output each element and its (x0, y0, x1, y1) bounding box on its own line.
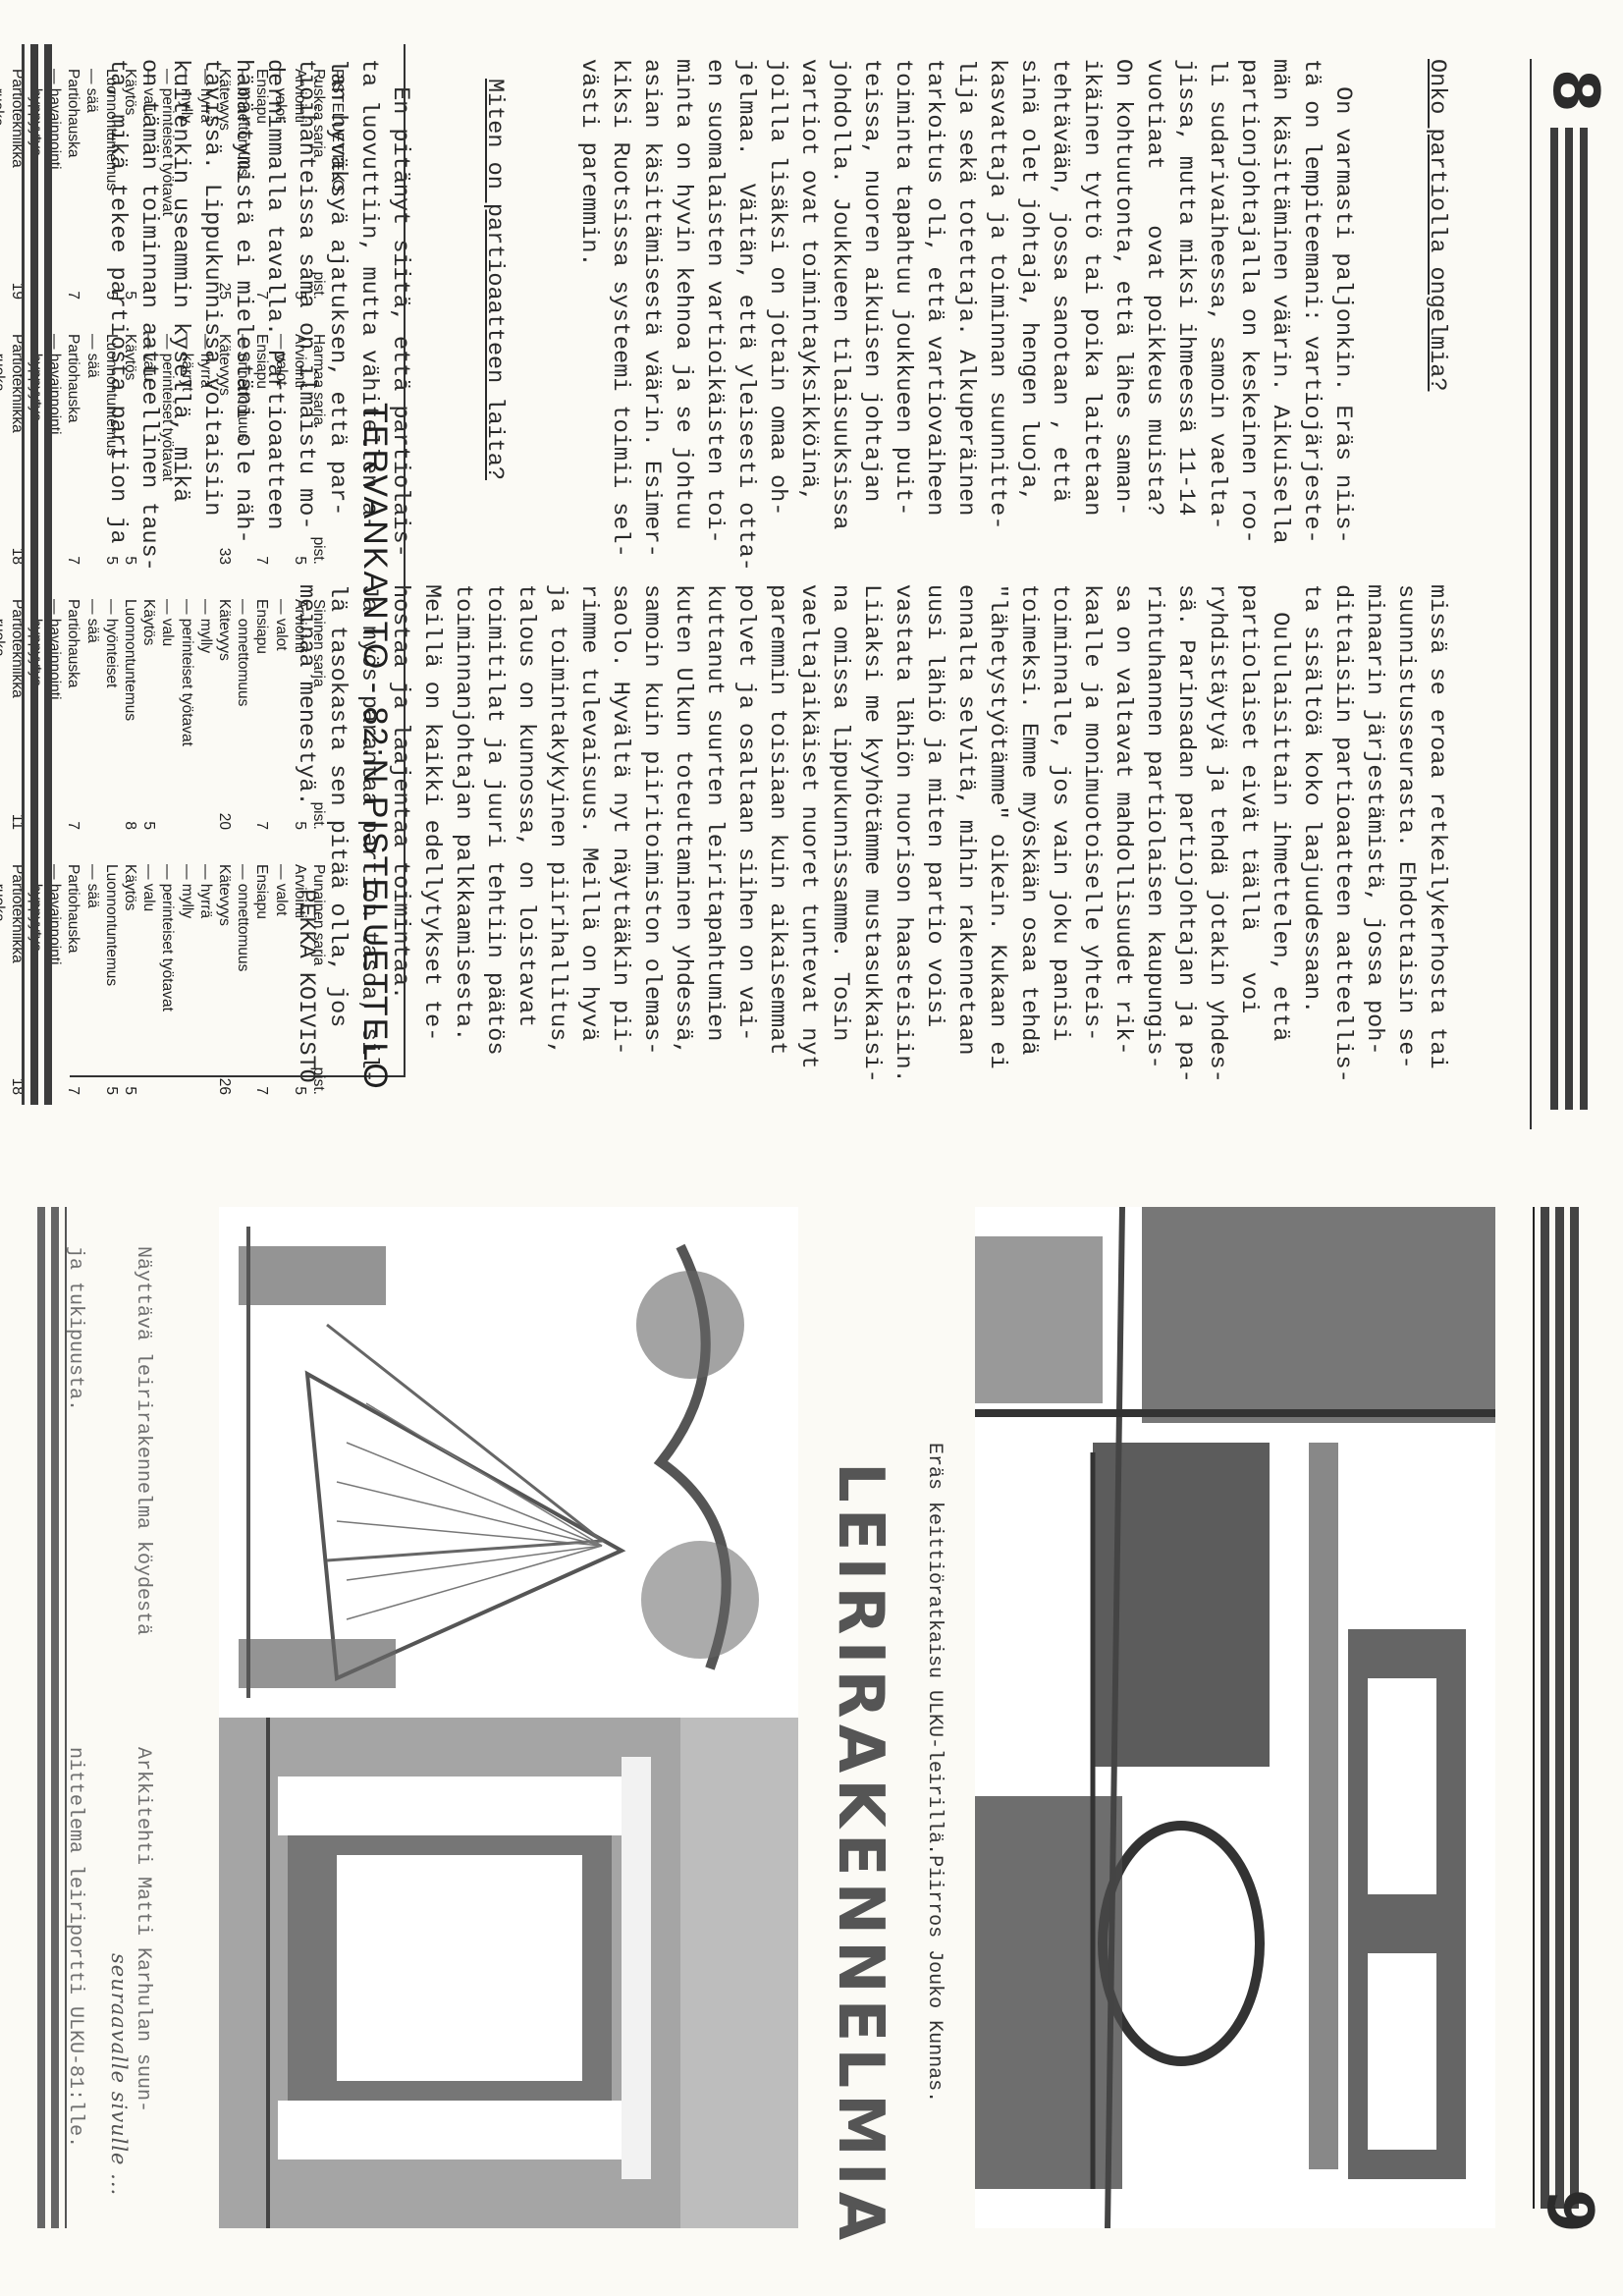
score-row: Partiohauska7 (64, 334, 82, 565)
score-row: — ruoka (0, 69, 7, 300)
header-stripes (1550, 128, 1588, 1110)
score-category: Käytös (121, 334, 139, 380)
article-line: toiminnalle, jos vain joku panisi (1044, 584, 1075, 1083)
score-row: Ensiapu7 (252, 69, 271, 300)
score-series-header: Sininen sarjapist. (309, 599, 328, 830)
photo-caption: Eräs keittiöratkaisu ULKU-leirillä.Piirr… (923, 1443, 946, 2103)
score-value: 8 (121, 802, 139, 830)
page-9-sheet: 9 Eräs keittiöratkaisu ULKU-leirillä.Pii… (0, 1148, 1623, 2296)
score-row: — onnettomuus (234, 864, 252, 1095)
score-row: — sää (82, 334, 101, 565)
score-value: 7 (64, 802, 82, 830)
score-category: Kätevyys (215, 864, 234, 926)
stripe (1555, 1207, 1564, 2209)
score-row: — hyrrä (196, 334, 215, 565)
score-category: — hyönteiset (102, 599, 121, 687)
article-line: vaeltajaikäiset nuoret tuntevat nyt (792, 584, 824, 1083)
score-value: 5 (291, 802, 309, 830)
article-line: li sudarivaiheessa, samoin vaelta- (1201, 59, 1232, 572)
article-line: tä on lempiteemani: vartiojärjeste- (1295, 59, 1326, 572)
stripe (1533, 1207, 1535, 2209)
score-category: — sää (82, 599, 101, 643)
score-value: 5 (291, 537, 309, 565)
score-row: — hyrrä (195, 69, 214, 300)
score-row: — onnettomuus (234, 599, 252, 830)
score-value (0, 272, 7, 300)
score-row: — sää (82, 599, 101, 830)
score-category: Arviointi (291, 864, 309, 918)
footer-stripes (37, 1207, 67, 2228)
score-value (234, 802, 252, 830)
score-category: — valu (139, 864, 158, 911)
article-line: Liiaksi me kyyhötämme mustasukkaisi- (855, 584, 887, 1083)
score-value: 5 (139, 802, 158, 830)
score-row: — valot (271, 69, 290, 300)
score-row: Luonnontuntemus8 (121, 599, 139, 830)
article-line: na omissa lippukunnissamme. Tosin (824, 584, 855, 1083)
article-line: On kohtuutonta, että lähes saman- (1107, 59, 1138, 572)
score-category: — onnettomuus (234, 69, 252, 176)
stripe (1580, 128, 1588, 1110)
stripe (22, 44, 25, 1105)
score-value (139, 1067, 158, 1095)
score-category: — kärryt (177, 334, 195, 392)
article-line: sa on valtavat mahdollisuudet rik- (1107, 584, 1138, 1083)
stripe (37, 1207, 45, 2228)
score-value (234, 537, 252, 565)
score-row: — mylly (177, 864, 195, 1095)
score-category: Ensiapu (252, 334, 271, 389)
stripe (65, 1207, 67, 2228)
article-line: minaarin järjestämistä, jossa poh- (1358, 584, 1389, 1083)
score-value (234, 272, 252, 300)
score-row: — ruoka (0, 864, 8, 1095)
score-category: — perinteiset työtavat (177, 599, 195, 746)
score-category: Partiohauska (64, 599, 82, 687)
gate-caption-line: Arkkitehti Matti Karhulan suun- (132, 1747, 154, 2148)
score-value: 5 (102, 537, 121, 565)
series-name: Punainen sarja (309, 864, 328, 965)
article-line: tarkoitus oli, että vartiovaiheen (918, 59, 949, 572)
article-line: Oululaisittain ihmettelen, että (1264, 584, 1295, 1083)
score-category: Arviointi (291, 599, 309, 653)
series-name: Ruskea sarja (309, 69, 328, 157)
header-stripes (1533, 1207, 1579, 2209)
article-line: toimeksi. Emme myöskään osaa tehdä (1012, 584, 1044, 1083)
score-category: — perinteiset työtavat (158, 334, 177, 481)
score-row: Luonnontuntemus5 (102, 334, 121, 565)
article-line: joilla lisäksi on jotain omaa oh- (761, 59, 792, 572)
section-title: LEIRIRAKENNELMIA (824, 1462, 896, 2246)
score-row: — ruoka (0, 599, 8, 830)
score-category: — perinteiset työtavat (158, 864, 177, 1011)
article-line: västi paremmin. (572, 59, 604, 572)
article-body-2: missä se eroaa retkeilykerhosta taisuunn… (290, 584, 1452, 1083)
score-row: — perinteiset työtavat (158, 334, 177, 565)
score-row: Kätevyys25 (215, 69, 234, 300)
score-value: 26 (215, 1067, 234, 1095)
score-value (158, 272, 177, 300)
score-series-header: Harmaa sarjapist. (309, 334, 328, 565)
score-value (82, 272, 101, 300)
score-category: Kätevyys (215, 69, 234, 131)
score-row: Ensiapu7 (252, 599, 271, 830)
points-label: pist. (309, 1067, 328, 1095)
score-category: — sää (82, 69, 101, 113)
score-row: Arviointi5 (290, 69, 308, 300)
score-value: 5 (291, 1067, 309, 1095)
score-value: 7 (252, 802, 271, 830)
score-row: — valot (271, 334, 290, 565)
article-line: rintuhannen partiolaisen kaupungis- (1138, 584, 1169, 1083)
score-row: — valot (271, 864, 290, 1095)
article-line: missä se eroaa retkeilykerhosta tai (1421, 584, 1452, 1083)
score-category: — onnettomuus (234, 599, 252, 706)
score-value (196, 1067, 215, 1095)
score-category: — valu (158, 599, 177, 646)
score-category: — mylly (196, 599, 215, 653)
score-category: Partiohauska (64, 864, 82, 953)
score-value: 7 (64, 1067, 82, 1095)
article-line: suunnistusseurasta. Ehdottaisin se- (1389, 584, 1421, 1083)
tent-caption-line: ja tukipuusta. (64, 1246, 86, 1635)
article-line: minta on hyvin kehnoa ja se johtuu (667, 59, 698, 572)
score-row: — ruoka (0, 334, 8, 565)
score-value (177, 537, 195, 565)
stripe (30, 44, 38, 1105)
kitchen-illustration-icon (975, 1207, 1495, 2228)
article-line: partiolaiset eivät täällä voi (1232, 584, 1264, 1083)
score-value (0, 802, 8, 830)
score-value (177, 272, 195, 300)
score-value: 5 (121, 272, 139, 300)
score-row: Arviointi5 (291, 864, 309, 1095)
article-line: sinä olet johtaja, hengen luoja, (1012, 59, 1044, 572)
score-row: — valu (139, 69, 158, 300)
article-line: samoin kuin piiritoimiston olemas- (635, 584, 667, 1083)
score-row: Partiohauska7 (64, 69, 82, 300)
stripe (1570, 1207, 1579, 2209)
page-number: 9 (1533, 2189, 1605, 2233)
article-line: "lähetystyötämme" oikein. Kukaan ei (981, 584, 1012, 1083)
article-line: toimitilat ja juuri tehtiin päätös (478, 584, 510, 1083)
score-category: Luonnontuntemus (102, 334, 121, 456)
score-category: Käytös (139, 599, 158, 645)
score-category: Käytös (121, 69, 139, 115)
score-row: Käytös5 (121, 69, 139, 300)
score-row: — perinteiset työtavat (158, 864, 177, 1095)
score-value: 7 (252, 272, 271, 300)
score-row: — valu (158, 599, 177, 830)
stripe (1550, 128, 1558, 1110)
score-category: — ruoka (0, 334, 8, 392)
article-column-2: missä se eroaa retkeilykerhosta taisuunn… (227, 584, 1515, 1083)
article-line: vastata lähiön nuorison haasteisiin. (887, 584, 918, 1083)
score-category: — valot (271, 864, 290, 916)
score-row: — valu (139, 864, 158, 1095)
score-value: 7 (252, 1067, 271, 1095)
score-row: — valot (271, 599, 290, 830)
series-name: Harmaa sarja (309, 334, 328, 425)
score-category: Kätevyys (215, 599, 234, 661)
score-row: Käytös5 (121, 864, 139, 1095)
score-value: 25 (215, 272, 234, 300)
article-line: ikäinen tyttö tai poika laitetaan (1075, 59, 1107, 572)
gate-illustration-icon (219, 1718, 798, 2228)
score-row: — onnettomuus (234, 334, 252, 565)
article-line: saolo. Hyvältä nyt näyttääkin pii- (604, 584, 635, 1083)
score-category: Luonnontuntemus (121, 599, 139, 721)
page-9: 9 Eräs keittiöratkaisu ULKU-leirillä.Pii… (0, 1148, 1623, 2296)
score-category: — hyrrä (195, 69, 214, 123)
score-row: — sää (82, 69, 101, 300)
score-row: — hyrrä (196, 864, 215, 1095)
score-value (177, 802, 195, 830)
score-row: Partiohauska7 (64, 599, 82, 830)
article-line: On varmasti paljonkin. Eräs niis- (1326, 59, 1358, 572)
score-value: 5 (290, 272, 308, 300)
article-line: kuten Ulkun toteuttaminen yhdessä, (667, 584, 698, 1083)
score-value (0, 537, 8, 565)
score-row: Kätevyys20 (215, 599, 234, 830)
score-row: Kätevyys33 (215, 334, 234, 565)
score-category: — valot (271, 334, 290, 386)
article-line: vuotiaat ovat poikkeus muista? (1138, 59, 1169, 572)
score-value (82, 802, 101, 830)
score-row: — kärryt (177, 334, 195, 565)
article-line: talous on kunnossa, on loistavat (510, 584, 541, 1083)
score-value (234, 1067, 252, 1095)
article-line: ja toimintakykyinen piirihallitus, (541, 584, 572, 1083)
score-value: 7 (64, 272, 82, 300)
score-value: 5 (121, 537, 139, 565)
article-line: rimme tulevaisuus. Meillä on hyvä (572, 584, 604, 1083)
score-value (158, 1067, 177, 1095)
article-line: asian käsittämisestä väärin. Esimer- (635, 59, 667, 572)
score-category: — perinteiset työtavat (158, 69, 177, 216)
score-value (271, 1067, 290, 1095)
article-body-1: On varmasti paljonkin. Eräs niis-tä on l… (572, 59, 1358, 572)
score-row: Käytös5 (139, 599, 158, 830)
score-category: Partiohauska (64, 334, 82, 422)
score-row: — valu (139, 334, 158, 565)
score-row: Arviointi5 (291, 334, 309, 565)
page-8: 8 Onko partiolla ongelmia? On varmasti p… (0, 0, 1623, 1148)
score-row: Luonnontuntemus5 (102, 864, 121, 1095)
article-line: paremmin toisiaan kuin aikaisemmat (761, 584, 792, 1083)
article-line: ta sisältöä koko laajuudessaan. (1295, 584, 1326, 1083)
score-category: — mylly (177, 864, 195, 918)
stripe (1565, 128, 1573, 1110)
article-line: kiksi Ruotsissa systeemi toimii sel- (604, 59, 635, 572)
stripe (44, 44, 52, 1105)
article-line: vartiot ovat toimintayksikköinä, (792, 59, 824, 572)
score-category: — hyrrä (196, 864, 215, 918)
score-row: Ensiapu7 (252, 864, 271, 1095)
tent-illustration-icon (219, 1207, 798, 1718)
score-value (139, 272, 158, 300)
score-value (271, 272, 290, 300)
score-row: Luonnontuntemus5 (101, 69, 120, 300)
score-series-header: Ruskea sarjapist. (309, 69, 328, 300)
score-category: — sää (82, 334, 101, 378)
score-row: — perinteiset työtavat (177, 599, 195, 830)
score-value: 7 (64, 537, 82, 565)
gate-caption-line: nittelema leiriportti ULKU-81:lle. (64, 1747, 86, 2148)
score-value (196, 537, 215, 565)
score-category: Luonnontuntemus (101, 69, 120, 191)
page-number: 8 (1539, 69, 1611, 113)
score-value: 20 (215, 802, 234, 830)
score-value (271, 802, 290, 830)
scoreboard-title: TERVANKANTO - 82:N PISTELUETTELO (355, 403, 394, 1091)
score-row: — perinteiset työtavat (158, 69, 177, 300)
score-category: — sää (82, 864, 101, 908)
score-value (82, 537, 101, 565)
score-category: — mylly (177, 69, 195, 123)
article-subheading: Miten on partioaatteen laita? (478, 59, 510, 572)
article-line: teissa, nuoren aikuisen johtajan (855, 59, 887, 572)
score-value (271, 537, 290, 565)
article-line: johdolla. Joukkueen tilaisuuksissa (824, 59, 855, 572)
points-label: pist. (309, 802, 328, 830)
score-category: Arviointi (291, 334, 309, 388)
article-line: sä. Parinsadan partiojohtajan ja pa- (1169, 584, 1201, 1083)
article-line: jelmaa. Väitän, että yleisesti otta- (730, 59, 761, 572)
score-value: 5 (101, 272, 120, 300)
score-category: Luonnontuntemus (102, 864, 121, 986)
points-label: pist. (309, 537, 328, 565)
score-row: — mylly (196, 599, 215, 830)
score-row: — mylly (177, 69, 195, 300)
score-value (196, 802, 215, 830)
continued-note: seuraavalle sivulle ... (107, 1953, 131, 2196)
article-line: tehtävään, jossa sanotaan , että (1044, 59, 1075, 572)
score-category: — ruoka (0, 69, 7, 127)
article-line: lija sekä totettaja. Alkuperäinen (949, 59, 981, 572)
article-heading: Onko partiolla ongelmia? (1421, 59, 1452, 572)
score-list-label: PISTELUETTELO (328, 69, 347, 300)
score-row: — sää (82, 864, 101, 1095)
article-line: jissa, mutta miksi ihmeessä 11-14 (1169, 59, 1201, 572)
article-line: toiminnanjohtajan palkkaamisesta. (447, 584, 478, 1083)
article-line: uusi lähiö ja miten partio voisi (918, 584, 949, 1083)
score-category: Ensiapu (252, 864, 271, 919)
score-value (0, 1067, 8, 1095)
score-value (195, 272, 214, 300)
score-category: Arviointi (290, 69, 308, 123)
score-category: — hyrrä (196, 334, 215, 388)
article-line: en suomalaisten vartioikäisten toi- (698, 59, 730, 572)
article-line: dittaisiin partioaatteen aatteellis- (1326, 584, 1358, 1083)
score-value (102, 802, 121, 830)
score-row: Käytös5 (121, 334, 139, 565)
score-value (82, 1067, 101, 1095)
score-row: Partiohauska7 (64, 864, 82, 1095)
score-value: 33 (215, 537, 234, 565)
footer-stripes (22, 44, 52, 1105)
score-row: — hyönteiset (102, 599, 121, 830)
score-category: Kätevyys (215, 334, 234, 396)
score-value (177, 1067, 195, 1095)
score-category: — valu (139, 69, 158, 116)
score-value (158, 802, 177, 830)
stripe (51, 1207, 59, 2228)
article-line: polvet ja osaltaan siihen on vai- (730, 584, 761, 1083)
score-row: Arviointi5 (291, 599, 309, 830)
article-line: kasvattaja ja toiminnan suunnitte- (981, 59, 1012, 572)
score-value (139, 537, 158, 565)
score-value: 5 (121, 1067, 139, 1095)
article-line: kaalle ja monimuotoiselle yhteis- (1075, 584, 1107, 1083)
score-row: Ensiapu7 (252, 334, 271, 565)
article-line: toiminta tapahtuu joukkueen puit- (887, 59, 918, 572)
page-8-sheet: 8 Onko partiolla ongelmia? On varmasti p… (0, 0, 1623, 1150)
article-line: män käsittäminen väärin. Aikuisella (1264, 59, 1295, 572)
score-category: Ensiapu (252, 599, 271, 654)
score-series-header: Punainen sarjapist. (309, 864, 328, 1095)
score-value (158, 537, 177, 565)
score-category: Ensiapu (252, 69, 271, 124)
points-label: pist. (309, 272, 328, 300)
series-name: Sininen sarja (309, 599, 328, 687)
score-category: — valu (139, 334, 158, 381)
tent-drawing (219, 1207, 798, 1718)
score-category: — onnettomuus (234, 864, 252, 971)
score-category: — onnettomuus (234, 334, 252, 441)
article-line: partionjohtajalla on keskeinen roo- (1232, 59, 1264, 572)
article-line: ryhdistäytyä ja tehdä jotakin yhdes- (1201, 584, 1232, 1083)
score-value: 7 (252, 537, 271, 565)
gate-photo (219, 1718, 798, 2228)
stripe (1541, 1207, 1549, 2209)
article-line: Meillä on kaikki edellytykset te- (415, 584, 447, 1083)
article-line: kuttanut suurten leiritapahtumien (698, 584, 730, 1083)
article-line: ennalta selvitä, mihin rakennetaan (949, 584, 981, 1083)
score-row: Kätevyys26 (215, 864, 234, 1095)
header-rule (1530, 59, 1532, 1129)
tent-caption-line: Näyttävä leirirakennelma köydestä (132, 1246, 154, 1635)
kitchen-drawing (975, 1207, 1495, 2228)
score-category: — ruoka (0, 599, 8, 657)
score-category: Partiohauska (64, 69, 82, 157)
score-category: — valot (271, 69, 290, 121)
score-value: 5 (102, 1067, 121, 1095)
score-row: — onnettomuus (234, 69, 252, 300)
score-category: — valot (271, 599, 290, 651)
score-category: — ruoka (0, 864, 8, 922)
score-category: Käytös (121, 864, 139, 910)
